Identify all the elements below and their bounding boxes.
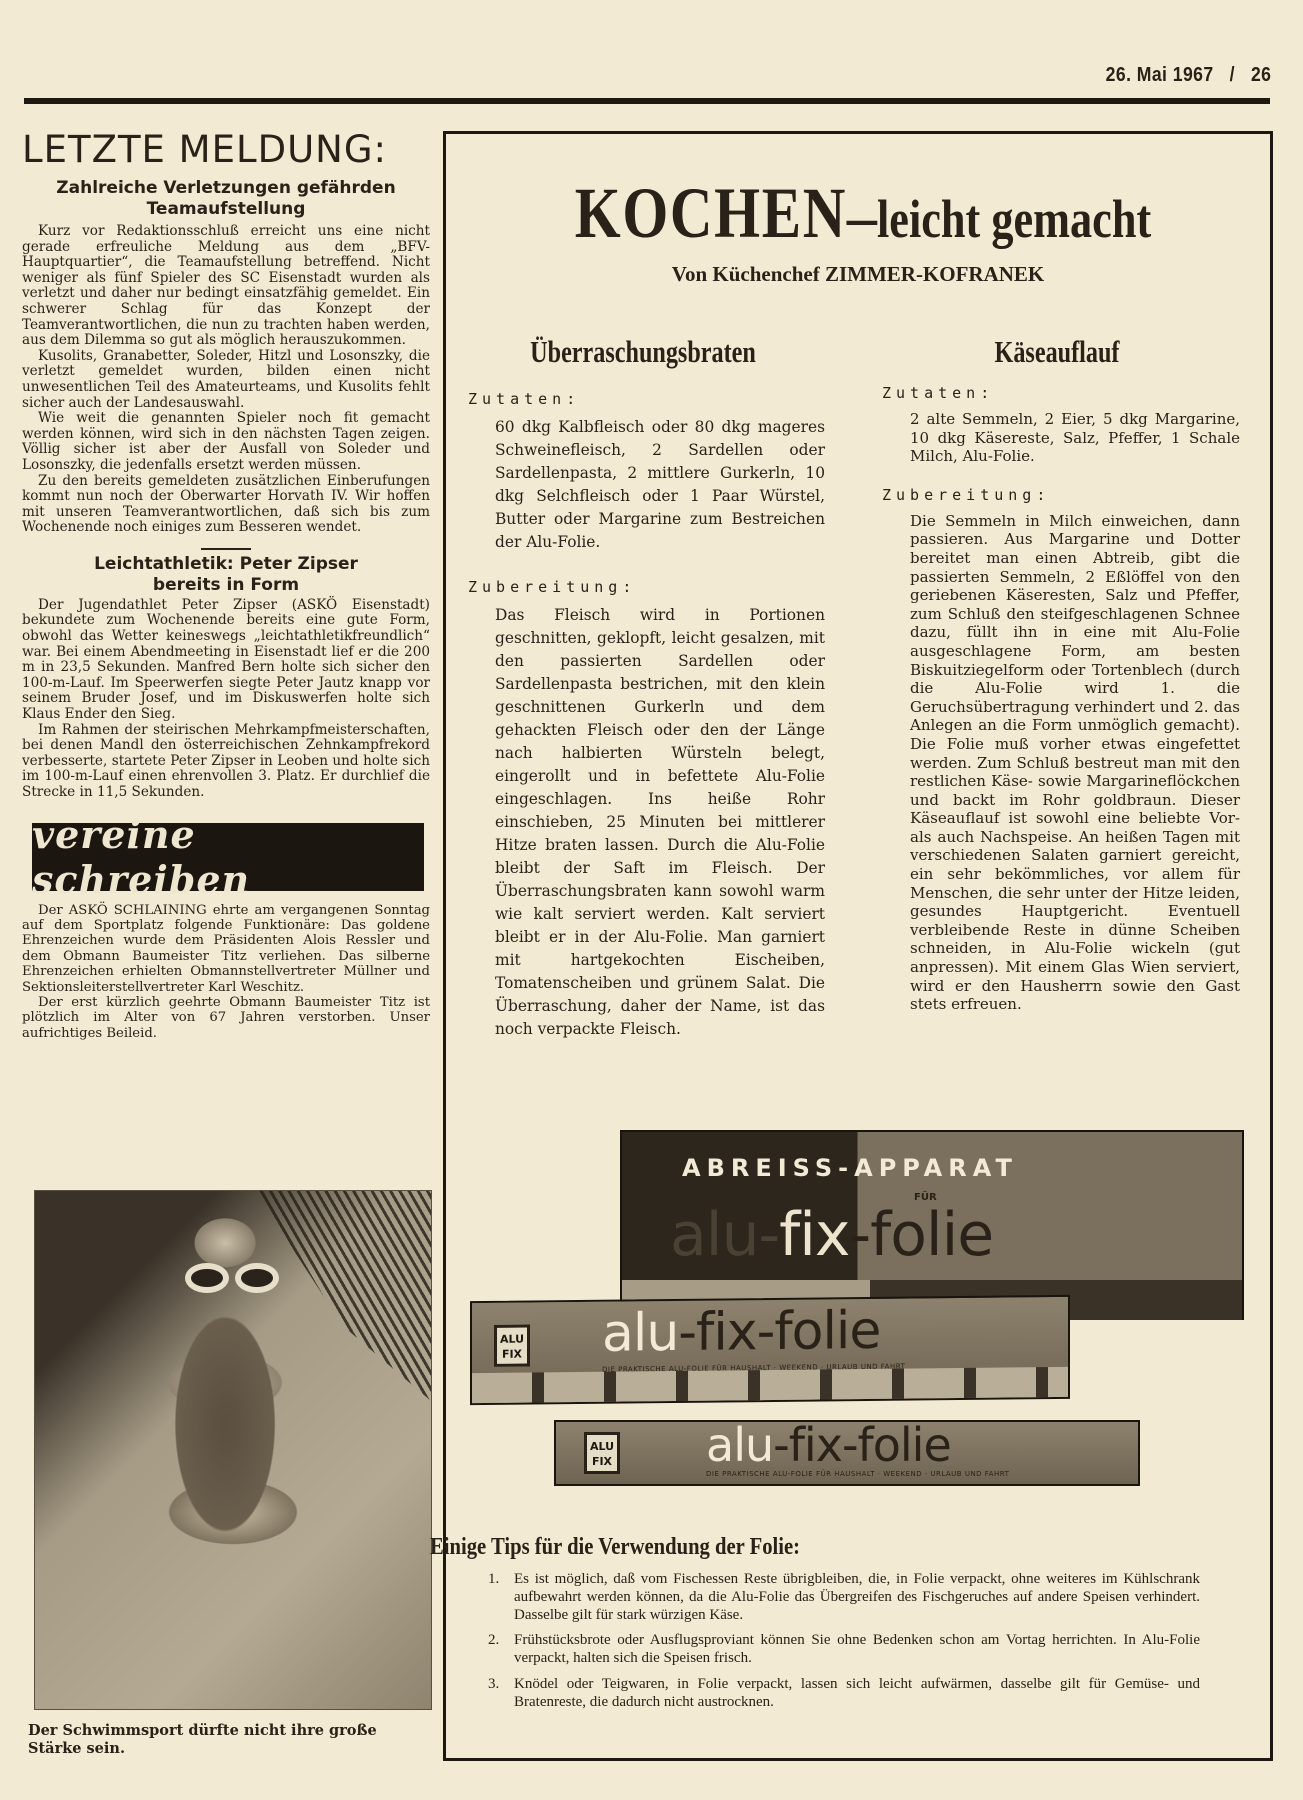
banner-label: vereine schreiben: [32, 812, 424, 902]
paragraph: Kusolits, Granabetter, Soleder, Hitzl un…: [22, 349, 430, 411]
title-kochen: KOCHEN: [575, 178, 847, 248]
feature-title: KOCHEN–leicht gemacht: [478, 178, 1248, 268]
ad-brand: alu-fix-folie: [670, 1200, 993, 1270]
article-headline-leichtathletik: Leichtathletik: Peter Zipser bereits in …: [22, 554, 430, 596]
ingredients-text: 60 dkg Kalbfleisch oder 80 dkg mageres S…: [495, 416, 825, 554]
recipe-title: Käseauflauf: [921, 334, 1194, 370]
ingredients-label: Zutaten:: [468, 390, 818, 408]
ingredients-label: Zutaten:: [882, 384, 1232, 402]
byline: Von Küchenchef ZIMMER-KOFRANEK: [446, 262, 1270, 287]
article-body-leichtathletik: Der Jugendathlet Peter Zipser (ASKÖ Eise…: [22, 598, 430, 801]
paragraph: Der ASKÖ SCHLAINING ehrte am vergangenen…: [22, 903, 430, 995]
left-column: LETZTE MELDUNG: Zahlreiche Verletzungen …: [22, 128, 430, 1041]
photo-caption: Der Schwimmsport dürfte nicht ihre große…: [28, 1722, 432, 1758]
ad-headline: ABREISS-APPARAT: [682, 1154, 1018, 1182]
section-title-letzte-meldung: LETZTE MELDUNG:: [22, 128, 430, 172]
tip-item: 3. Knödel oder Teigwaren, in Folie verpa…: [430, 1676, 1200, 1712]
foil-package-large: ALU FIX alu-fix-folie DIE PRAKTISCHE ALU…: [470, 1295, 1070, 1405]
paragraph: Kurz vor Redaktionsschluß erreicht uns e…: [22, 224, 430, 349]
page-header: 26. Mai 1967 / 26: [1105, 64, 1271, 87]
vereine-schreiben-banner: vereine schreiben: [32, 823, 424, 891]
alu-fix-folie-advertisement: ABREISS-APPARAT FÜR alu-fix-folie ALU FI…: [470, 1122, 1250, 1502]
article-body-vereine: Der ASKÖ SCHLAINING ehrte am vergangenen…: [22, 903, 430, 1042]
paragraph: Zu den bereits gemeldeten zusätzlichen E…: [22, 474, 430, 536]
title-dash: –: [847, 182, 877, 252]
page-number: 26: [1251, 64, 1271, 86]
preparation-text: Das Fleisch wird in Portionen geschnitte…: [495, 604, 825, 1041]
ingredients-text: 2 alte Semmeln, 2 Eier, 5 dkg Margarine,…: [910, 410, 1240, 466]
heart-sunglasses: [185, 1263, 281, 1295]
package-brand: alu-fix-folie: [602, 1301, 880, 1364]
article-headline-verletzungen: Zahlreiche Verletzungen gefährden Teamau…: [22, 178, 430, 220]
foil-tips-section: Einige Tips für die Verwendung der Folie…: [430, 1534, 1200, 1720]
preparation-label: Zubereitung:: [468, 578, 818, 596]
top-rule-divider: [24, 98, 1270, 104]
paragraph: Der Jugendathlet Peter Zipser (ASKÖ Eise…: [22, 598, 430, 723]
article-divider: [201, 548, 251, 550]
header-separator: /: [1229, 64, 1234, 86]
package-strip: [472, 1367, 1068, 1403]
swimsuit-photo: [34, 1190, 432, 1710]
preparation-label: Zubereitung:: [882, 486, 1232, 504]
alu-fix-logo: ALU FIX: [494, 1325, 530, 1367]
tip-item: 1. Es ist möglich, daß vom Fischessen Re…: [430, 1571, 1200, 1624]
foil-roll-package: ALU FIX alu-fix-folie DIE PRAKTISCHE ALU…: [554, 1420, 1140, 1486]
dispenser-box-illustration: ABREISS-APPARAT FÜR alu-fix-folie: [620, 1130, 1244, 1320]
article-body-verletzungen: Kurz vor Redaktionsschluß erreicht uns e…: [22, 224, 430, 536]
package-brand: alu-fix-folie: [706, 1418, 951, 1472]
issue-date: 26. Mai 1967: [1105, 64, 1213, 86]
palm-frond: [211, 1191, 431, 1491]
recipe-kaeseauflauf: Käseauflauf Zutaten: 2 alte Semmeln, 2 E…: [882, 334, 1232, 1014]
paragraph: Wie weit die genannten Spieler noch fit …: [22, 411, 430, 473]
kochen-feature-box: KOCHEN–leicht gemacht Von Küchenchef ZIM…: [443, 131, 1273, 1761]
paragraph: Der erst kürzlich geehrte Obmann Baumeis…: [22, 995, 430, 1041]
recipe-ueberraschungsbraten: Überraschungsbraten Zutaten: 60 dkg Kalb…: [468, 334, 818, 1041]
title-leicht-gemacht: leicht gemacht: [877, 184, 1151, 254]
tip-item: 2. Frühstücksbrote oder Ausflugsproviant…: [430, 1632, 1200, 1668]
recipe-title: Überraschungsbraten: [507, 334, 780, 370]
tips-list: 1. Es ist möglich, daß vom Fischessen Re…: [430, 1571, 1200, 1712]
preparation-text: Die Semmeln in Milch einweichen, dann pa…: [910, 512, 1240, 1014]
paragraph: Im Rahmen der steirischen Mehrkampfmeist…: [22, 723, 430, 801]
tips-title: Einige Tips für die Verwendung der Folie…: [430, 1534, 1092, 1561]
package-tagline: DIE PRAKTISCHE ALU-FOLIE FÜR HAUSHALT · …: [706, 1470, 1009, 1478]
alu-fix-logo: ALU FIX: [584, 1432, 620, 1474]
